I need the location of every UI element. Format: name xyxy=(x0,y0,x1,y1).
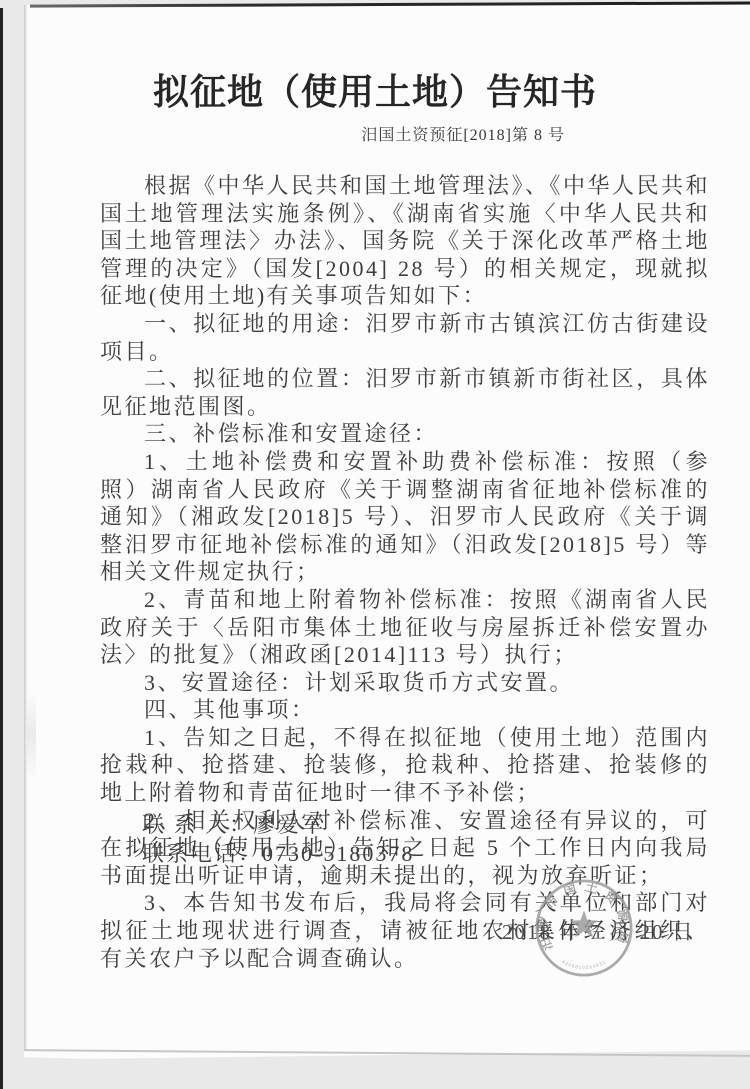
doc-number: 汨国土资预征[2018]第 8 号 xyxy=(0,122,565,145)
body-paragraph: 3、安置途径：计划采取货币方式安置。 xyxy=(100,669,710,697)
body-paragraph: 二、拟征地的位置：汨罗市新市镇新市街社区，具体见征地范围图。 xyxy=(100,365,710,420)
scanned-document-view: 拟征地（使用土地）告知书 汨国土资预征[2018]第 8 号 根据《中华人民共和… xyxy=(0,0,750,1089)
official-seal: 汨罗市国土资源局 4306810294931 xyxy=(528,872,640,984)
page-title: 拟征地（使用土地）告知书 xyxy=(0,64,750,115)
official-seal-graphic: 汨罗市国土资源局 4306810294931 xyxy=(528,872,640,984)
svg-text:4306810294931: 4306810294931 xyxy=(561,959,607,970)
body-paragraph: 四、其他事项： xyxy=(100,696,710,724)
contact-phone-line: 联系电话：0730-5180378 xyxy=(142,839,414,868)
body-paragraph: 一、拟征地的用途：汨罗市新市古镇滨江仿古街建设项目。 xyxy=(100,310,710,365)
body-paragraph: 1、土地补偿费和安置补助费补偿标准：按照（参照）湖南省人民政府《关于调整湖南省征… xyxy=(100,448,710,586)
contact-person-line: 联 系 人：廖爱军 xyxy=(142,810,414,839)
body-paragraph: 三、补偿标准和安置途径： xyxy=(100,420,710,448)
seal-code-text: 4306810294931 xyxy=(561,959,607,970)
seal-star-icon xyxy=(570,910,598,937)
body-paragraph: 2、青苗和地上附着物补偿标准：按照《湖南省人民政府关于〈岳阳市集体土地征收与房屋… xyxy=(100,586,710,669)
body-paragraph: 根据《中华人民共和国土地管理法》、《中华人民共和国土地管理法实施条例》、《湖南省… xyxy=(100,172,710,310)
contact-block: 联 系 人：廖爱军 联系电话：0730-5180378 xyxy=(142,810,414,868)
document-content: 拟征地（使用土地）告知书 汨国土资预征[2018]第 8 号 根据《中华人民共和… xyxy=(0,0,750,1089)
body-paragraph: 1、告知之日起，不得在拟征地（使用土地）范围内抢栽种、抢搭建、抢装修，抢栽种、抢… xyxy=(100,724,710,807)
